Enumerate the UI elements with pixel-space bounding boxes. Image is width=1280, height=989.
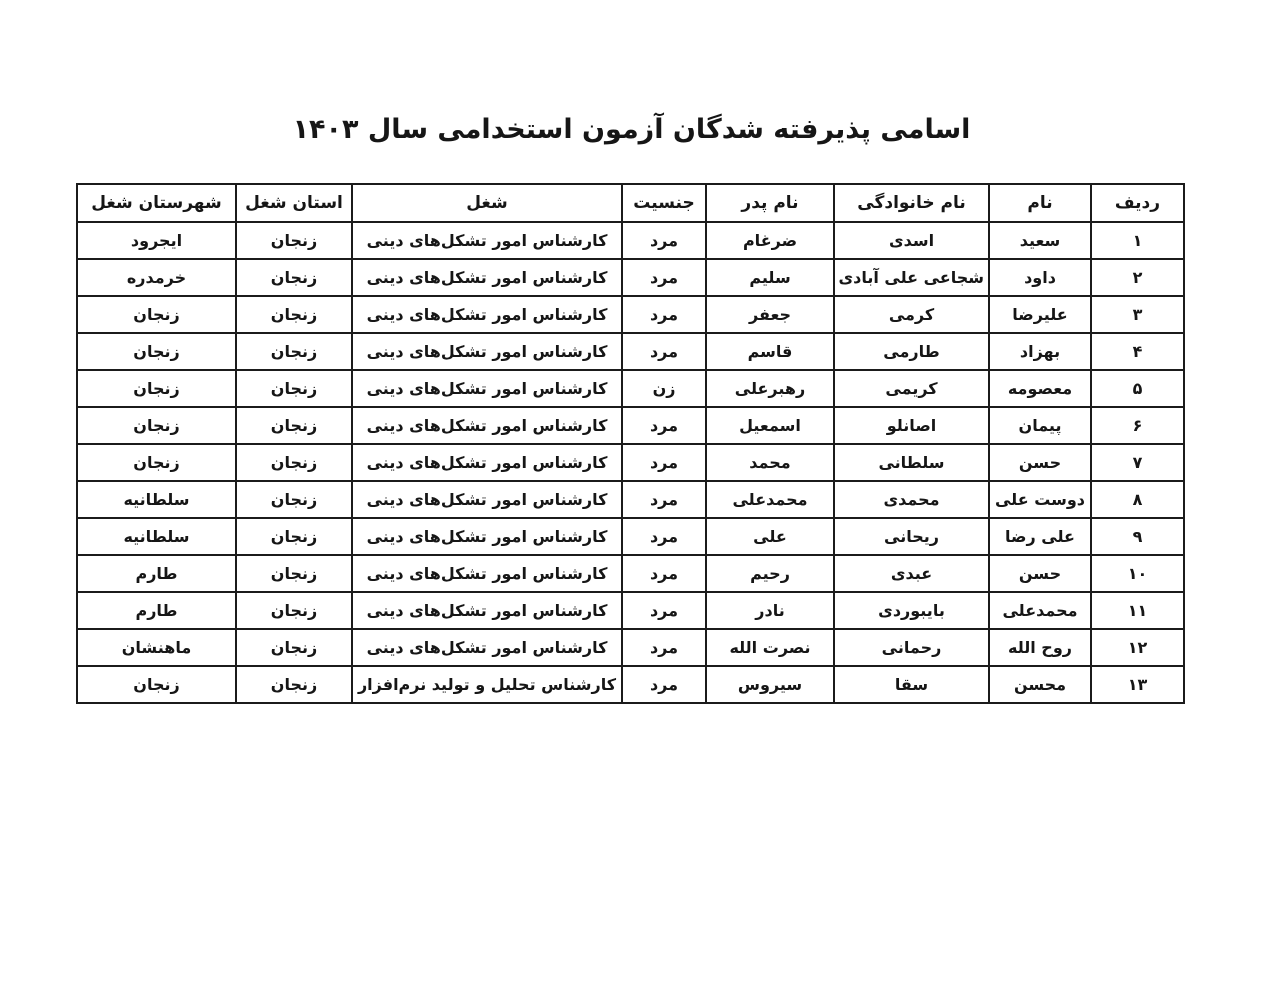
table-cell: زنجان xyxy=(77,444,236,481)
table-cell: مرد xyxy=(622,555,706,592)
table-cell: زنجان xyxy=(77,666,236,703)
table-cell: ۱۳ xyxy=(1091,666,1184,703)
table-cell: ۴ xyxy=(1091,333,1184,370)
column-header: جنسیت xyxy=(622,184,706,222)
table-cell: ۱۱ xyxy=(1091,592,1184,629)
table-cell: مرد xyxy=(622,259,706,296)
table-cell: کارشناس امور تشکل‌های دینی xyxy=(352,444,622,481)
table-cell: حسن xyxy=(989,555,1091,592)
table-cell: رحیم xyxy=(706,555,834,592)
table-cell: روح الله xyxy=(989,629,1091,666)
table-cell: ۱۲ xyxy=(1091,629,1184,666)
table-cell: زنجان xyxy=(236,370,352,407)
table-cell: کارشناس امور تشکل‌های دینی xyxy=(352,259,622,296)
table-cell: مرد xyxy=(622,666,706,703)
table-row: ۵معصومهکریمیرهبرعلیزنکارشناس امور تشکل‌ه… xyxy=(77,370,1184,407)
table-cell: زنجان xyxy=(236,555,352,592)
table-body: ۱سعیداسدیضرغاممردکارشناس امور تشکل‌های د… xyxy=(77,222,1184,703)
column-header: شغل xyxy=(352,184,622,222)
table-cell: ۹ xyxy=(1091,518,1184,555)
table-cell: رحمانی xyxy=(834,629,989,666)
column-header: ردیف xyxy=(1091,184,1184,222)
table-cell: محمدعلی xyxy=(706,481,834,518)
table-cell: ماهنشان xyxy=(77,629,236,666)
table-cell: رهبرعلی xyxy=(706,370,834,407)
table-cell: زنجان xyxy=(77,370,236,407)
table-cell: کارشناس امور تشکل‌های دینی xyxy=(352,518,622,555)
table-cell: علیرضا xyxy=(989,296,1091,333)
table-cell: کارشناس امور تشکل‌های دینی xyxy=(352,296,622,333)
column-header: نام خانوادگی xyxy=(834,184,989,222)
table-cell: محمد xyxy=(706,444,834,481)
table-cell: جعفر xyxy=(706,296,834,333)
table-cell: بهزاد xyxy=(989,333,1091,370)
table-cell: کارشناس امور تشکل‌های دینی xyxy=(352,481,622,518)
table-cell: زنجان xyxy=(77,296,236,333)
table-cell: کریمی xyxy=(834,370,989,407)
table-cell: ۲ xyxy=(1091,259,1184,296)
table-cell: زنجان xyxy=(77,333,236,370)
table-row: ۱۰حسنعبدیرحیممردکارشناس امور تشکل‌های دی… xyxy=(77,555,1184,592)
table-cell: کارشناس امور تشکل‌های دینی xyxy=(352,555,622,592)
table-cell: پیمان xyxy=(989,407,1091,444)
table-cell: مرد xyxy=(622,222,706,259)
table-cell: علی xyxy=(706,518,834,555)
table-cell: خرمدره xyxy=(77,259,236,296)
table-cell: علی رضا xyxy=(989,518,1091,555)
table-head-row: ردیفنامنام خانوادگینام پدرجنسیتشغلاستان … xyxy=(77,184,1184,222)
document-page: اسامی پذیرفته شدگان آزمون استخدامی سال ۱… xyxy=(0,0,1280,989)
table-cell: زن xyxy=(622,370,706,407)
column-header: نام پدر xyxy=(706,184,834,222)
table-cell: سلیم xyxy=(706,259,834,296)
table-cell: مرد xyxy=(622,296,706,333)
table-cell: نادر xyxy=(706,592,834,629)
table-cell: ۷ xyxy=(1091,444,1184,481)
table-cell: ۱۰ xyxy=(1091,555,1184,592)
table-cell: کارشناس تحلیل و تولید نرم‌افزار xyxy=(352,666,622,703)
table-row: ۲داودشجاعی علی آبادیسلیممردکارشناس امور … xyxy=(77,259,1184,296)
table-cell: سیروس xyxy=(706,666,834,703)
table-cell: کارشناس امور تشکل‌های دینی xyxy=(352,222,622,259)
table-cell: داود xyxy=(989,259,1091,296)
table-cell: زنجان xyxy=(236,333,352,370)
table-cell: سقا xyxy=(834,666,989,703)
table-cell: زنجان xyxy=(236,259,352,296)
table-cell: محمدعلی xyxy=(989,592,1091,629)
table-cell: حسن xyxy=(989,444,1091,481)
table-cell: مرد xyxy=(622,481,706,518)
table-cell: زنجان xyxy=(236,296,352,333)
table-cell: مرد xyxy=(622,592,706,629)
table-cell: عبدی xyxy=(834,555,989,592)
table-cell: اصانلو xyxy=(834,407,989,444)
table-cell: ۳ xyxy=(1091,296,1184,333)
table-cell: شجاعی علی آبادی xyxy=(834,259,989,296)
table-cell: محسن xyxy=(989,666,1091,703)
results-table-container: ردیفنامنام خانوادگینام پدرجنسیتشغلاستان … xyxy=(78,183,1185,704)
table-row: ۹علی رضاریحانیعلیمردکارشناس امور تشکل‌ها… xyxy=(77,518,1184,555)
table-row: ۸دوست علیمحمدیمحمدعلیمردکارشناس امور تشک… xyxy=(77,481,1184,518)
table-cell: زنجان xyxy=(236,222,352,259)
table-cell: کارشناس امور تشکل‌های دینی xyxy=(352,370,622,407)
table-cell: زنجان xyxy=(236,481,352,518)
table-row: ۱۲روح اللهرحمانینصرت اللهمردکارشناس امور… xyxy=(77,629,1184,666)
table-cell: ضرغام xyxy=(706,222,834,259)
table-cell: دوست علی xyxy=(989,481,1091,518)
column-header: استان شغل xyxy=(236,184,352,222)
table-cell: طارم xyxy=(77,555,236,592)
table-row: ۶پیماناصانلواسمعیلمردکارشناس امور تشکل‌ه… xyxy=(77,407,1184,444)
table-cell: معصومه xyxy=(989,370,1091,407)
table-cell: مرد xyxy=(622,407,706,444)
table-cell: سلطانی xyxy=(834,444,989,481)
table-cell: زنجان xyxy=(236,592,352,629)
table-cell: قاسم xyxy=(706,333,834,370)
table-row: ۳علیرضاکرمیجعفرمردکارشناس امور تشکل‌های … xyxy=(77,296,1184,333)
table-cell: ایجرود xyxy=(77,222,236,259)
table-cell: محمدی xyxy=(834,481,989,518)
table-cell: زنجان xyxy=(236,444,352,481)
table-cell: ۱ xyxy=(1091,222,1184,259)
table-cell: کرمی xyxy=(834,296,989,333)
table-cell: مرد xyxy=(622,444,706,481)
table-row: ۱سعیداسدیضرغاممردکارشناس امور تشکل‌های د… xyxy=(77,222,1184,259)
table-cell: طارمی xyxy=(834,333,989,370)
table-cell: اسدی xyxy=(834,222,989,259)
table-cell: نصرت الله xyxy=(706,629,834,666)
table-cell: مرد xyxy=(622,333,706,370)
page-title: اسامی پذیرفته شدگان آزمون استخدامی سال ۱… xyxy=(78,114,1185,145)
table-cell: کارشناس امور تشکل‌های دینی xyxy=(352,333,622,370)
table-cell: زنجان xyxy=(236,407,352,444)
table-cell: زنجان xyxy=(236,518,352,555)
column-header: شهرستان شغل xyxy=(77,184,236,222)
table-cell: مرد xyxy=(622,518,706,555)
table-cell: مرد xyxy=(622,629,706,666)
table-cell: سعید xyxy=(989,222,1091,259)
table-cell: طارم xyxy=(77,592,236,629)
column-header: نام xyxy=(989,184,1091,222)
table-cell: اسمعیل xyxy=(706,407,834,444)
table-row: ۴بهزادطارمیقاسممردکارشناس امور تشکل‌های … xyxy=(77,333,1184,370)
table-cell: ۸ xyxy=(1091,481,1184,518)
table-row: ۱۱محمدعلیبایبوردینادرمردکارشناس امور تشک… xyxy=(77,592,1184,629)
table-cell: ۶ xyxy=(1091,407,1184,444)
table-cell: زنجان xyxy=(236,666,352,703)
table-cell: سلطانیه xyxy=(77,481,236,518)
table-cell: سلطانیه xyxy=(77,518,236,555)
table-cell: کارشناس امور تشکل‌های دینی xyxy=(352,629,622,666)
results-table: ردیفنامنام خانوادگینام پدرجنسیتشغلاستان … xyxy=(76,183,1185,704)
table-cell: کارشناس امور تشکل‌های دینی xyxy=(352,407,622,444)
table-cell: بایبوردی xyxy=(834,592,989,629)
table-cell: زنجان xyxy=(236,629,352,666)
table-cell: کارشناس امور تشکل‌های دینی xyxy=(352,592,622,629)
table-cell: ریحانی xyxy=(834,518,989,555)
table-cell: ۵ xyxy=(1091,370,1184,407)
table-cell: زنجان xyxy=(77,407,236,444)
table-row: ۷حسنسلطانیمحمدمردکارشناس امور تشکل‌های د… xyxy=(77,444,1184,481)
table-row: ۱۳محسنسقاسیروسمردکارشناس تحلیل و تولید ن… xyxy=(77,666,1184,703)
